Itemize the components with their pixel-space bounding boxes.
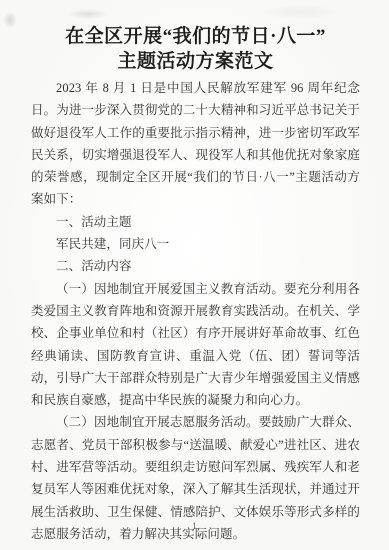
page-footer: 1 — [0, 521, 389, 531]
document-body: 2023 年 8 月 1 日是中国人民解放军建军 96 周年纪念日。为进一步深入… — [31, 77, 360, 545]
document-title-line1: 在全区开展“我们的节日·八一” — [31, 24, 360, 49]
heading-activity-content: 二、活动内容 — [31, 255, 360, 277]
paragraph-intro: 2023 年 8 月 1 日是中国人民解放军建军 96 周年纪念日。为进一步深入… — [31, 77, 360, 211]
paragraph-item-1: （一）因地制宜开展爱国主义教育活动。要充分利用各类爱国主义教育阵地和资源开展教育… — [31, 278, 360, 412]
document-page: 在全区开展“我们的节日·八一” 主题活动方案范文 2023 年 8 月 1 日是… — [0, 0, 389, 550]
document-title-line2: 主题活动方案范文 — [31, 49, 360, 74]
paragraph-theme-slogan: 军民共建，同庆八一 — [31, 233, 360, 255]
document-title: 在全区开展“我们的节日·八一” 主题活动方案范文 — [31, 24, 360, 74]
page-number: 1 — [192, 521, 197, 531]
heading-activity-theme: 一、活动主题 — [31, 211, 360, 233]
